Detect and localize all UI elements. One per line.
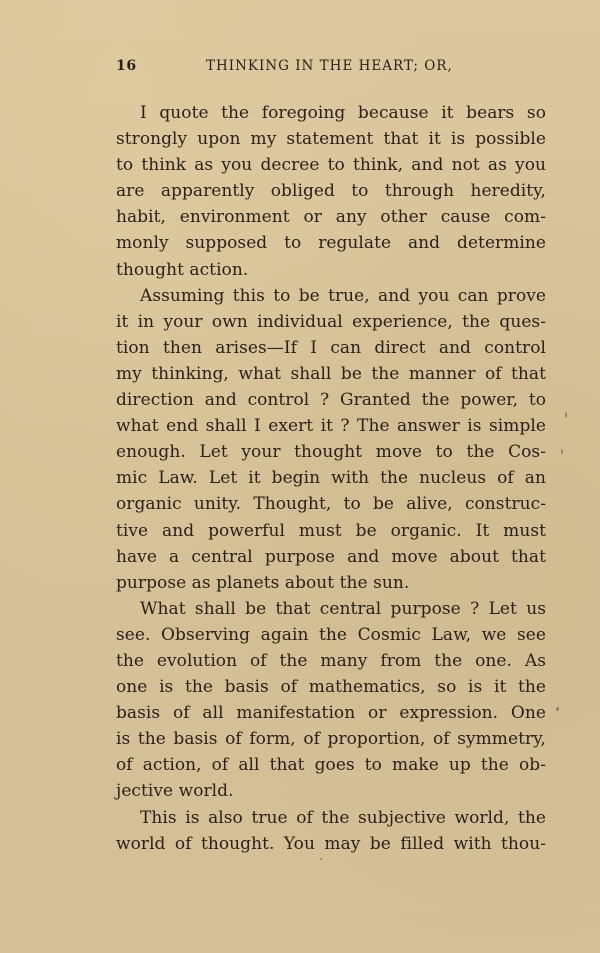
book-page: 16 THINKING IN THE HEART; OR, I quote th… xyxy=(0,0,600,953)
text-line: to think as you decree to think, and not… xyxy=(116,152,546,178)
text-line: tion then arises—If I can direct and con… xyxy=(116,335,546,361)
text-line: enough. Let your thought move to the Cos… xyxy=(116,439,546,465)
text-line: see. Observing again the Cosmic Law, we … xyxy=(116,622,546,648)
text-line: thought action. xyxy=(116,257,546,283)
paper-speck xyxy=(561,449,563,454)
paper-speck xyxy=(320,858,322,860)
text-line: it in your own individual experience, th… xyxy=(116,309,546,335)
text-line: have a central purpose and move about th… xyxy=(116,544,546,570)
running-title: THINKING IN THE HEART; OR, xyxy=(206,58,453,74)
text-line: jective world. xyxy=(116,778,546,804)
text-line: habit, environment or any other cause co… xyxy=(116,204,546,230)
text-line: mic Law. Let it begin with the nucleus o… xyxy=(116,465,546,491)
text-line: one is the basis of mathematics, so is i… xyxy=(116,674,546,700)
text-line: tive and powerful must be organic. It mu… xyxy=(116,518,546,544)
text-line: I quote the foregoing because it bears s… xyxy=(116,100,546,126)
text-line: are apparently obliged to through heredi… xyxy=(116,178,546,204)
text-line: is the basis of form, of proportion, of … xyxy=(116,726,546,752)
text-line: the evolution of the many from the one. … xyxy=(116,648,546,674)
text-line: direction and control ? Granted the powe… xyxy=(116,387,546,413)
text-line: purpose as planets about the sun. xyxy=(116,570,546,596)
text-line: basis of all manifestation or expression… xyxy=(116,700,546,726)
running-head: 16 THINKING IN THE HEART; OR, xyxy=(116,58,544,78)
text-line: what end shall I exert it ? The answer i… xyxy=(116,413,546,439)
text-line: world of thought. You may be filled with… xyxy=(116,831,546,857)
page-number: 16 xyxy=(116,58,137,74)
text-line: This is also true of the subjective worl… xyxy=(116,805,546,831)
paper-speck xyxy=(565,412,567,418)
text-line: of action, of all that goes to make up t… xyxy=(116,752,546,778)
paper-speck xyxy=(556,707,559,711)
text-line: What shall be that central purpose ? Let… xyxy=(116,596,546,622)
text-line: my thinking, what shall be the manner of… xyxy=(116,361,546,387)
text-line: Assuming this to be true, and you can pr… xyxy=(116,283,546,309)
text-line: organic unity. Thought, to be alive, con… xyxy=(116,491,546,517)
body-text: I quote the foregoing because it bears s… xyxy=(116,100,546,857)
text-line: strongly upon my statement that it is po… xyxy=(116,126,546,152)
text-line: monly supposed to regulate and determine xyxy=(116,230,546,256)
